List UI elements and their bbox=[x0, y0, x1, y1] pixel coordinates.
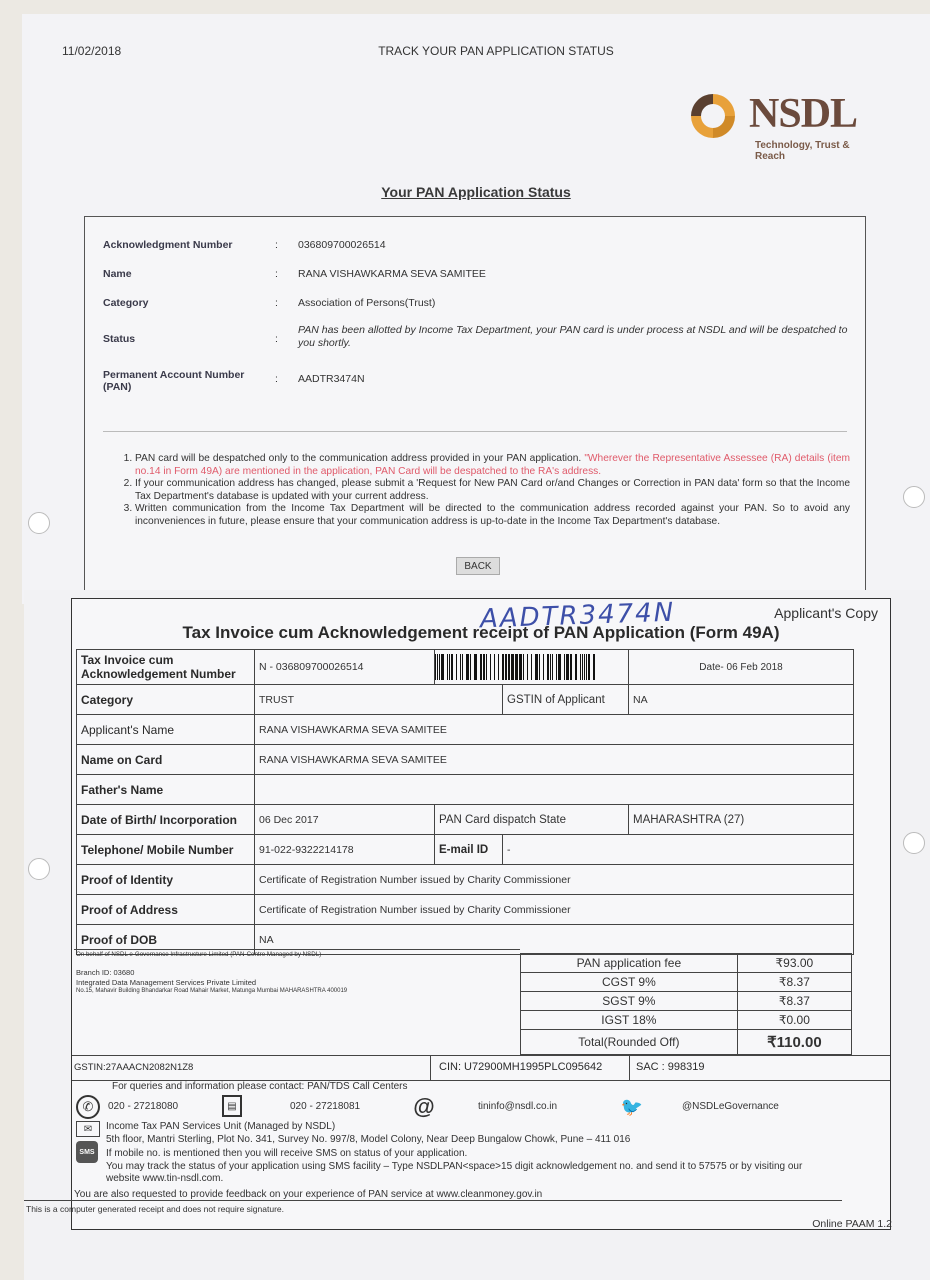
branch-address: No.15, Mahavir Building Bhandarkar Road … bbox=[76, 988, 347, 994]
print-title: TRACK YOUR PAN APPLICATION STATUS bbox=[22, 44, 930, 58]
table-row: Name on Card RANA VISHAWKARMA SEVA SAMIT… bbox=[77, 745, 854, 775]
colon: : bbox=[275, 333, 278, 345]
twitter-handle: @NSDLeGovernance bbox=[682, 1101, 779, 1112]
receipt-title: Tax Invoice cum Acknowledgement receipt … bbox=[72, 623, 890, 643]
punch-hole bbox=[903, 832, 925, 854]
field-value: Association of Persons(Trust) bbox=[298, 297, 858, 310]
table-row: Proof of Address Certificate of Registra… bbox=[77, 895, 854, 925]
fee-label: CGST 9% bbox=[521, 973, 738, 992]
punch-hole bbox=[28, 512, 50, 534]
version-label: Online PAAM 1.2 bbox=[812, 1218, 892, 1230]
gstin-applicant-value: NA bbox=[629, 685, 854, 715]
gst-row: GSTIN:27AAACN2082N1Z8 CIN: U72900MH1995P… bbox=[72, 1055, 890, 1081]
sms-line-3: website www.tin-nsdl.com. bbox=[106, 1173, 223, 1184]
branch-company: Integrated Data Management Services Priv… bbox=[76, 978, 256, 987]
fee-total-amount: ₹110.00 bbox=[737, 1030, 851, 1055]
ack-label: Tax Invoice cum Acknowledgement Number bbox=[77, 650, 255, 685]
envelope-icon: ✉ bbox=[76, 1121, 100, 1137]
table-row: Telephone/ Mobile Number 91-022-93222141… bbox=[77, 835, 854, 865]
field-label: Name bbox=[103, 268, 273, 280]
unit-address: 5th floor, Mantri Sterling, Plot No. 341… bbox=[106, 1134, 630, 1145]
fee-label: IGST 18% bbox=[521, 1011, 738, 1030]
colon: : bbox=[275, 268, 278, 280]
father-name-value bbox=[255, 775, 854, 805]
fee-amount: ₹8.37 bbox=[737, 973, 851, 992]
fee-label: SGST 9% bbox=[521, 992, 738, 1011]
applicant-name-value: RANA VISHAWKARMA SEVA SAMITEE bbox=[255, 715, 854, 745]
fee-amount: ₹93.00 bbox=[737, 954, 851, 973]
fee-total-label: Total(Rounded Off) bbox=[521, 1030, 738, 1055]
dispatch-state-value: MAHARASHTRA (27) bbox=[629, 805, 854, 835]
colon: : bbox=[275, 297, 278, 309]
table-row: Date of Birth/ Incorporation 06 Dec 2017… bbox=[77, 805, 854, 835]
sac: SAC : 998319 bbox=[629, 1056, 711, 1080]
phone-label: Telephone/ Mobile Number bbox=[77, 835, 255, 865]
queries-line: For queries and information please conta… bbox=[112, 1081, 408, 1092]
fee-amount: ₹8.37 bbox=[737, 992, 851, 1011]
on-behalf-text: On behalf of NSDL e-Governance Infrastru… bbox=[76, 951, 321, 958]
status-heading: Your PAN Application Status bbox=[22, 184, 930, 200]
field-label: Status bbox=[103, 333, 273, 345]
copy-label: Applicant's Copy bbox=[774, 605, 878, 621]
fees-table: PAN application fee₹93.00 CGST 9%₹8.37 S… bbox=[520, 953, 852, 1055]
nsdl-swirl-logo-icon bbox=[687, 90, 739, 142]
fax-number: 020 - 27218081 bbox=[290, 1101, 360, 1112]
footnote: This is a computer generated receipt and… bbox=[24, 1200, 842, 1220]
sms-icon: SMS bbox=[76, 1141, 98, 1163]
phone-icon: ✆ bbox=[76, 1095, 100, 1119]
category-label: Category bbox=[77, 685, 255, 715]
divider bbox=[103, 431, 847, 432]
poa-value: Certificate of Registration Number issue… bbox=[255, 895, 854, 925]
contact-email: tininfo@nsdl.co.in bbox=[478, 1101, 557, 1112]
poi-label: Proof of Identity bbox=[77, 865, 255, 895]
fee-row: SGST 9%₹8.37 bbox=[521, 992, 852, 1011]
branch-info: On behalf of NSDL e-Governance Infrastru… bbox=[74, 949, 520, 1059]
twitter-bird-icon: 🐦 bbox=[620, 1097, 644, 1117]
phone-value: 91-022-9322214178 bbox=[255, 835, 435, 865]
contact-channels: ✆ 020 - 27218080 ▤ 020 - 27218081 @ tini… bbox=[72, 1095, 890, 1119]
fee-row: PAN application fee₹93.00 bbox=[521, 954, 852, 973]
status-page: 11/02/2018 TRACK YOUR PAN APPLICATION ST… bbox=[22, 14, 930, 604]
back-button[interactable]: BACK bbox=[456, 557, 500, 575]
status-box: Acknowledgment Number : 036809700026514 … bbox=[84, 216, 866, 604]
receipt-details-table: Tax Invoice cum Acknowledgement Number N… bbox=[76, 649, 854, 955]
nsdl-gstin: GSTIN:27AAACN2082N1Z8 bbox=[74, 1062, 193, 1073]
notes: PAN card will be despatched only to the … bbox=[123, 453, 850, 528]
email-value: - bbox=[503, 835, 854, 865]
colon: : bbox=[275, 373, 278, 385]
fax-icon: ▤ bbox=[222, 1095, 242, 1117]
receipt: AADTR3474N Applicant's Copy Tax Invoice … bbox=[71, 598, 891, 1230]
barcode-cell bbox=[435, 650, 629, 685]
email-label: E-mail ID bbox=[435, 835, 503, 865]
colon: : bbox=[275, 239, 278, 251]
sms-line-1: If mobile no. is mentioned then you will… bbox=[106, 1148, 467, 1159]
punch-hole bbox=[28, 858, 50, 880]
applicant-name-label: Applicant's Name bbox=[77, 715, 255, 745]
field-label: Category bbox=[103, 297, 273, 309]
unit-name: Income Tax PAN Services Unit (Managed by… bbox=[106, 1121, 335, 1132]
contact-section: For queries and information please conta… bbox=[72, 1081, 890, 1211]
field-value: RANA VISHAWKARMA SEVA SAMITEE bbox=[298, 268, 858, 281]
receipt-page: AADTR3474N Applicant's Copy Tax Invoice … bbox=[24, 590, 930, 1280]
field-label: Permanent Account Number (PAN) bbox=[103, 369, 273, 393]
fee-amount: ₹0.00 bbox=[737, 1011, 851, 1030]
ack-value: N - 036809700026514 bbox=[255, 650, 435, 685]
barcode bbox=[435, 654, 628, 680]
dob-value: 06 Dec 2017 bbox=[255, 805, 435, 835]
fee-total-row: Total(Rounded Off)₹110.00 bbox=[521, 1030, 852, 1055]
dob-label: Date of Birth/ Incorporation bbox=[77, 805, 255, 835]
field-value: PAN has been allotted by Income Tax Depa… bbox=[298, 324, 858, 350]
category-value: TRUST bbox=[255, 685, 503, 715]
note-item: PAN card will be despatched only to the … bbox=[135, 453, 850, 478]
name-on-card-label: Name on Card bbox=[77, 745, 255, 775]
gstin-applicant-label: GSTIN of Applicant bbox=[503, 685, 629, 715]
branch-id: Branch ID: 03680 bbox=[76, 968, 134, 977]
table-row: Category TRUST GSTIN of Applicant NA bbox=[77, 685, 854, 715]
punch-hole bbox=[903, 486, 925, 508]
table-row: Father's Name bbox=[77, 775, 854, 805]
cin: CIN: U72900MH1995PLC095642 bbox=[430, 1056, 610, 1080]
name-on-card-value: RANA VISHAWKARMA SEVA SAMITEE bbox=[255, 745, 854, 775]
dispatch-state-label: PAN Card dispatch State bbox=[435, 805, 629, 835]
note-item: If your communication address has change… bbox=[135, 478, 850, 503]
sms-line-2: You may track the status of your applica… bbox=[106, 1161, 802, 1172]
poi-value: Certificate of Registration Number issue… bbox=[255, 865, 854, 895]
fee-row: CGST 9%₹8.37 bbox=[521, 973, 852, 992]
father-name-label: Father's Name bbox=[77, 775, 255, 805]
table-row: Applicant's Name RANA VISHAWKARMA SEVA S… bbox=[77, 715, 854, 745]
fee-label: PAN application fee bbox=[521, 954, 738, 973]
table-row: Tax Invoice cum Acknowledgement Number N… bbox=[77, 650, 854, 685]
feedback-line: You are also requested to provide feedba… bbox=[74, 1189, 542, 1200]
poa-label: Proof of Address bbox=[77, 895, 255, 925]
nsdl-logo: NSDL Technology, Trust & Reach bbox=[687, 88, 877, 158]
field-label: Acknowledgment Number bbox=[103, 239, 273, 251]
email-at-icon: @ bbox=[412, 1095, 436, 1119]
receipt-date: Date- 06 Feb 2018 bbox=[629, 650, 854, 685]
field-value: AADTR3474N bbox=[298, 373, 858, 386]
field-value: 036809700026514 bbox=[298, 239, 858, 252]
table-row: Proof of Identity Certificate of Registr… bbox=[77, 865, 854, 895]
fee-row: IGST 18%₹0.00 bbox=[521, 1011, 852, 1030]
note-item: Written communication from the Income Ta… bbox=[135, 503, 850, 528]
phone-number: 020 - 27218080 bbox=[108, 1101, 178, 1112]
nsdl-logo-text: NSDL bbox=[749, 90, 857, 138]
nsdl-tagline: Technology, Trust & Reach bbox=[755, 140, 877, 162]
